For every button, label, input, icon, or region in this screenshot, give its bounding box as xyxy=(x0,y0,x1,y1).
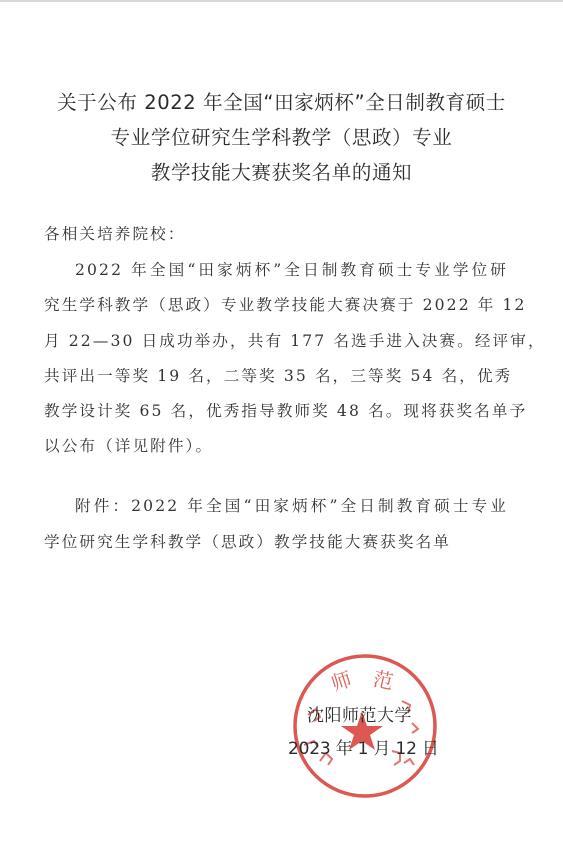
svg-text:师: 师 xyxy=(328,667,354,696)
body-line-2: 究生学科教学（思政）专业教学技能大赛决赛于 2022 年 12 xyxy=(44,293,508,315)
body-line-4: 共评出一等奖 19 名，二等奖 35 名，三等奖 54 名，优秀 xyxy=(44,364,508,386)
issue-date: 2023 年 1 月 12 日 xyxy=(288,734,439,759)
title-line-1: 关于公布 2022 年全国“田家炳杯”全日制教育硕士 xyxy=(0,87,563,115)
issuer-name: 沈阳师范大学 xyxy=(307,701,412,726)
title-line-2: 专业学位研究生学科教学（思政）专业 xyxy=(0,122,563,150)
attachment-line-2: 学位研究生学科教学（思政）教学技能大赛获奖名单 xyxy=(44,530,508,552)
body-line-3: 月 22—30 日成功举办，共有 177 名选手进入决赛。经评审， xyxy=(44,329,508,351)
body-line-6: 以公布（详见附件）。 xyxy=(44,434,508,456)
svg-text:范: 范 xyxy=(371,666,396,694)
title-line-3: 教学技能大赛获奖名单的通知 xyxy=(0,157,563,185)
official-seal-icon: 师 范 xyxy=(292,653,438,799)
body-line-1: 2022 年全国“田家炳杯”全日制教育硕士专业学位研 xyxy=(75,258,508,280)
salutation: 各相关培养院校： xyxy=(44,222,508,244)
attachment-line-1: 附件：2022 年全国“田家炳杯”全日制教育硕士专业 xyxy=(75,494,508,516)
scan-edge xyxy=(0,0,563,2)
body-line-5: 教学设计奖 65 名，优秀指导教师奖 48 名。现将获奖名单予 xyxy=(44,399,508,421)
